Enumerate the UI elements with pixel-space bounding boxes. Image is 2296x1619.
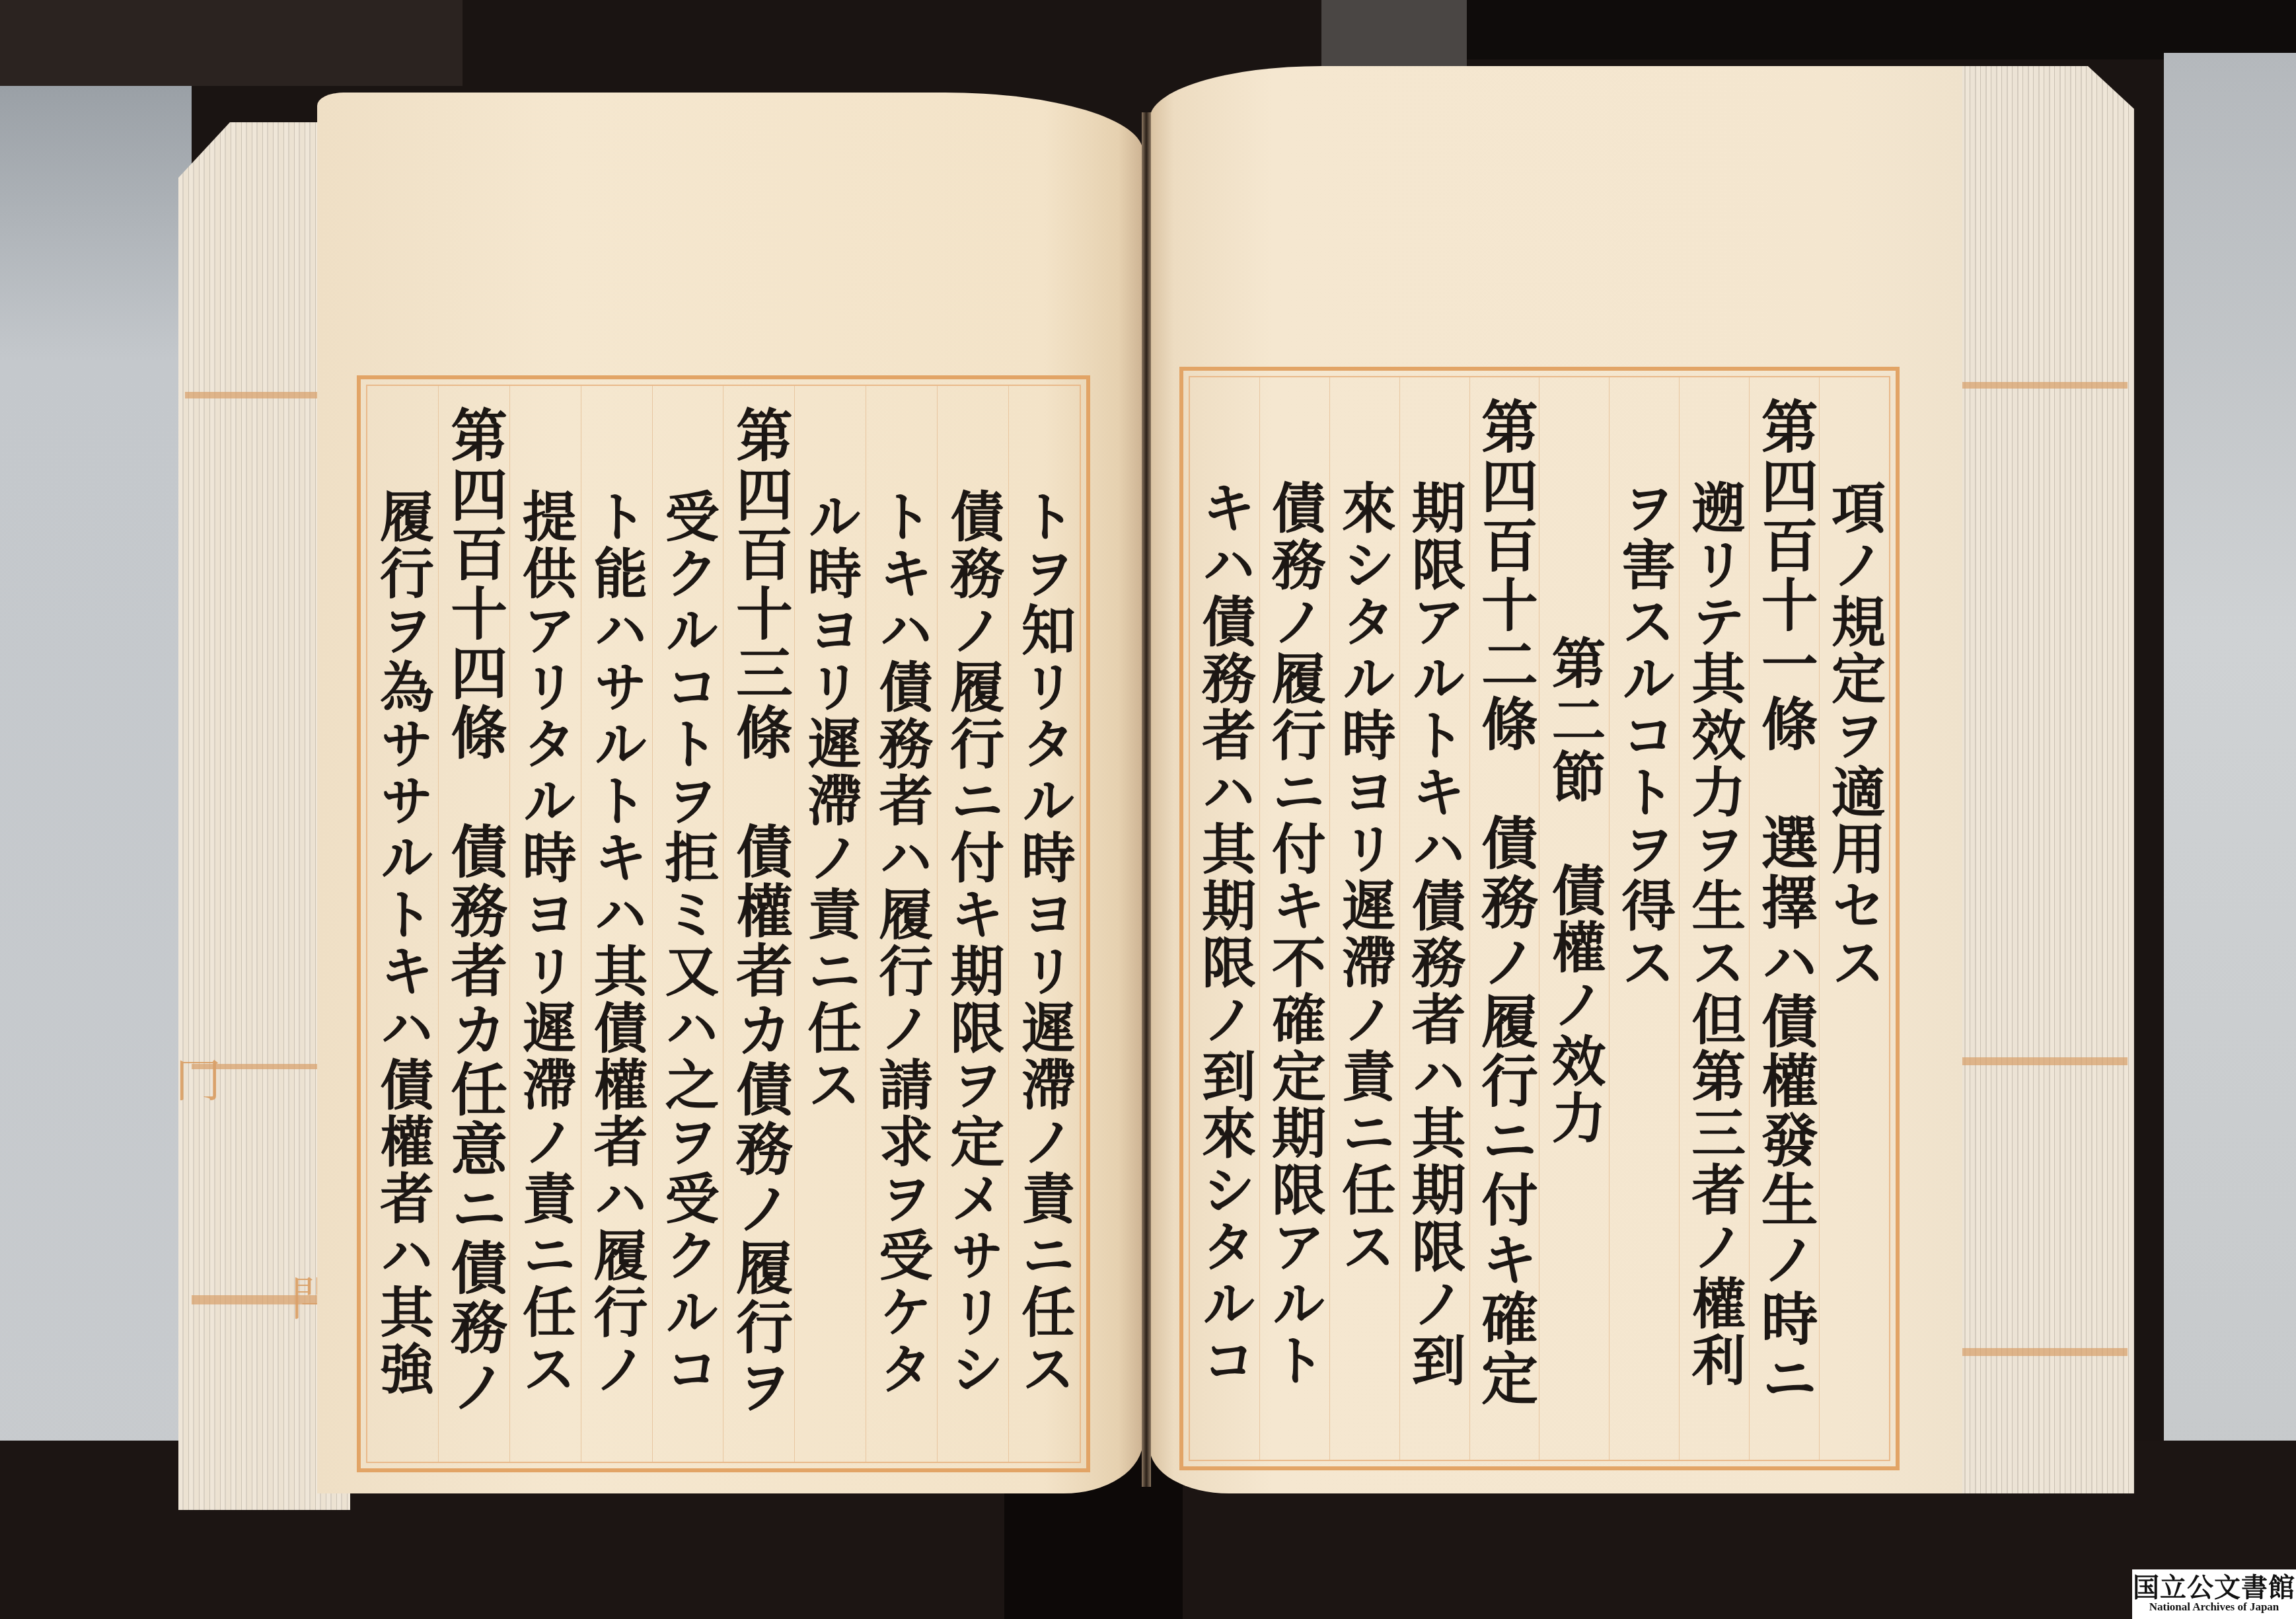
column-text: ト能ハサルトキハ其債權者ハ履行ノ: [589, 488, 644, 1398]
text-column: 第四百十四條 債務者カ任意ニ債務ノ: [438, 386, 509, 1462]
background-gray-block: [1321, 0, 1467, 73]
text-column: ヲ害スルコトヲ得ス: [1609, 377, 1679, 1460]
text-column: 第四百十一條 選擇ハ債權發生ノ時ニ: [1749, 377, 1819, 1460]
background-right-panel: [2164, 53, 2296, 1507]
text-column: キハ債務者ハ其期限ノ到來シタルコ: [1190, 377, 1259, 1460]
article-heading-411: 第四百十一條 選擇ハ債權發生ノ時ニ: [1756, 397, 1813, 1408]
left-page-ruled-frame: トヲ知リタル時ヨリ遲滯ノ責ニ任ス 債務ノ履行ニ付キ期限ヲ定メサリシ トキハ債務者…: [357, 375, 1090, 1472]
text-column: 項ノ規定ヲ適用セス: [1819, 377, 1889, 1460]
article-heading-413: 第四百十三條 債權者カ債務ノ履行ヲ: [731, 406, 788, 1417]
column-text: 債務ノ履行ニ付キ不確定期限アルト: [1267, 480, 1321, 1389]
column-text: ヲ害スルコトヲ得ス: [1617, 480, 1672, 991]
column-text: トキハ債務者ハ履行ノ請求ヲ受ケタ: [875, 488, 929, 1398]
text-column: 遡リテ其效力ヲ生ス但第三者ノ權利: [1679, 377, 1749, 1460]
text-column: 債務ノ履行ニ付キ期限ヲ定メサリシ: [937, 386, 1008, 1462]
article-heading-414: 第四百十四條 債務者カ任意ニ債務ノ: [445, 406, 502, 1417]
right-page-columns: 項ノ規定ヲ適用セス 第四百十一條 選擇ハ債權發生ノ時ニ 遡リテ其效力ヲ生ス但第三…: [1190, 377, 1889, 1460]
text-column: ル時ヨリ遲滯ノ責ニ任ス: [794, 386, 866, 1462]
background-left-panel: [0, 86, 192, 1619]
edge-mark-left-upper: 冂: [175, 1044, 221, 1111]
column-text: 項ノ規定ヲ適用セス: [1828, 480, 1882, 991]
column-text: 受クルコトヲ拒ミ又ハ之ヲ受クルコ: [661, 488, 715, 1398]
column-text: 來シタル時ヨリ遲滯ノ責ニ任ス: [1337, 480, 1391, 1275]
right-page-stack: [1949, 66, 2134, 1493]
column-text: 遡リテ其效力ヲ生ス但第三者ノ權利: [1687, 480, 1742, 1389]
text-column: 第二節 債權ノ效力: [1539, 377, 1609, 1460]
column-text: 提供アリタル時ヨリ遲滯ノ責ニ任ス: [518, 488, 572, 1398]
text-column: 債務ノ履行ニ付キ不確定期限アルト: [1259, 377, 1329, 1460]
text-column: ト能ハサルトキハ其債權者ハ履行ノ: [581, 386, 652, 1462]
column-text: ル時ヨリ遲滯ノ責ニ任ス: [803, 488, 858, 1113]
national-archives-logo: 国立公文書館 National Archives of Japan: [2132, 1569, 2296, 1619]
text-column: 提供アリタル時ヨリ遲滯ノ責ニ任ス: [509, 386, 581, 1462]
text-column: 履行ヲ為ササルトキハ債權者ハ其強: [367, 386, 438, 1462]
text-column: トヲ知リタル時ヨリ遲滯ノ責ニ任ス: [1008, 386, 1080, 1462]
text-column: 受クルコトヲ拒ミ又ハ之ヲ受クルコ: [652, 386, 723, 1462]
text-column: 期限アルトキハ債務者ハ其期限ノ到: [1399, 377, 1469, 1460]
column-text: 履行ヲ為ササルトキハ債權者ハ其強: [375, 488, 429, 1398]
background-top-right: [1321, 0, 2296, 59]
text-column: 來シタル時ヨリ遲滯ノ責ニ任ス: [1329, 377, 1399, 1460]
text-column: 第四百十三條 債權者カ債務ノ履行ヲ: [723, 386, 794, 1462]
edge-band-right-lower: [1936, 1348, 2128, 1356]
edge-band-right-upper: [1936, 1057, 2128, 1065]
logo-english-text: National Archives of Japan: [2149, 1601, 2279, 1614]
section-heading: 第二節 債權ノ效力: [1547, 635, 1602, 1147]
article-heading-412: 第四百十二條 債務ノ履行ニ付キ確定: [1476, 397, 1533, 1408]
text-column: トキハ債務者ハ履行ノ請求ヲ受ケタ: [866, 386, 937, 1462]
book-spine: [1142, 112, 1151, 1487]
column-text: 期限アルトキハ債務者ハ其期限ノ到: [1407, 480, 1462, 1389]
logo-japanese-text: 国立公文書館: [2133, 1575, 2295, 1601]
right-page-ruled-frame: 項ノ規定ヲ適用セス 第四百十一條 選擇ハ債權發生ノ時ニ 遡リテ其效力ヲ生ス但第三…: [1179, 367, 1900, 1470]
column-text: 債務ノ履行ニ付キ期限ヲ定メサリシ: [946, 488, 1000, 1398]
background-top-left: [0, 0, 463, 86]
column-text: トヲ知リタル時ヨリ遲滯ノ責ニ任ス: [1018, 488, 1072, 1398]
left-page-columns: トヲ知リタル時ヨリ遲滯ノ責ニ任ス 債務ノ履行ニ付キ期限ヲ定メサリシ トキハ債務者…: [367, 386, 1080, 1462]
text-column: 第四百十二條 債務ノ履行ニ付キ確定: [1469, 377, 1539, 1460]
column-text: キハ債務者ハ其期限ノ到來シタルコ: [1197, 480, 1251, 1389]
